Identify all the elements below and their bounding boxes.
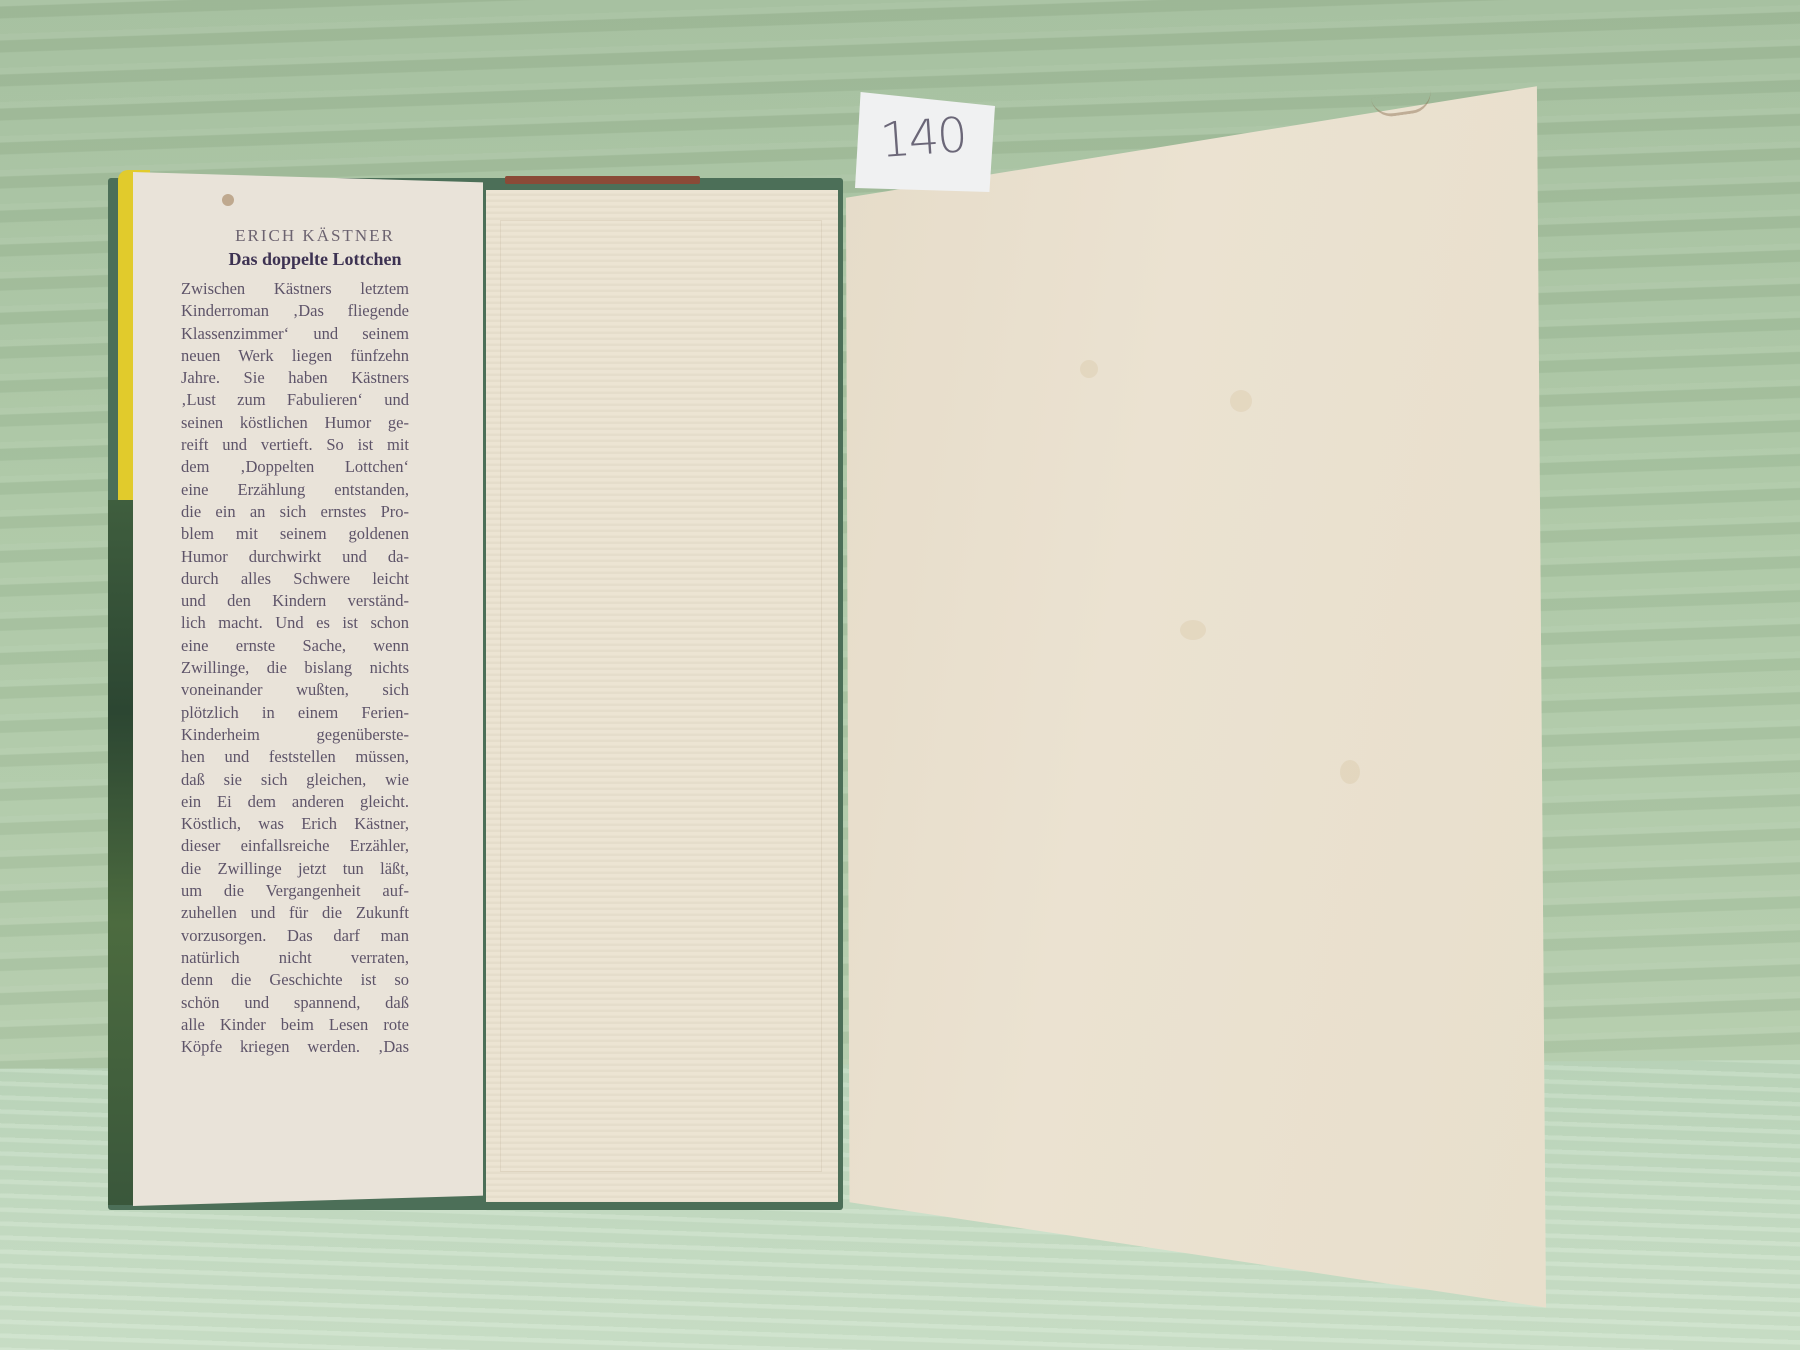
blurb-line: denn die Geschichte ist so — [181, 969, 409, 991]
blurb-line: dieser einfallsreiche Erzähler, — [181, 835, 409, 857]
blurb-line: eine ernste Sache, wenn — [181, 635, 409, 657]
blurb-line: eine Erzählung entstanden, — [181, 479, 409, 501]
blurb-line: reift und vertieft. So ist mit — [181, 434, 409, 456]
blurb-line: die Zwillinge jetzt tun läßt, — [181, 858, 409, 880]
blurb-line: ein Ei dem anderen gleicht. — [181, 791, 409, 813]
blurb-line: Humor durchwirkt und da- — [181, 546, 409, 568]
foxing-spot — [1230, 390, 1252, 412]
blurb-line: hen und feststellen müssen, — [181, 746, 409, 768]
blurb-line: lich macht. Und es ist schon — [181, 612, 409, 634]
blurb-line: zuhellen und für die Zukunft — [181, 902, 409, 924]
blurb-line: Kinderheim gegenüberste- — [181, 724, 409, 746]
blurb-line: die ein an sich ernstes Pro- — [181, 501, 409, 523]
blurb-line: um die Vergangenheit auf- — [181, 880, 409, 902]
foxing-spot — [1080, 360, 1098, 378]
blurb-line: Zwillinge, die bislang nichts — [181, 657, 409, 679]
flap-author: ERICH KÄSTNER — [150, 226, 480, 246]
blurb-line: ‚Lust zum Fabulieren‘ und — [181, 389, 409, 411]
label-number: 140 — [878, 107, 967, 169]
blurb-line: Kinderroman ‚Das fliegende — [181, 300, 409, 322]
foxing-spot — [1340, 760, 1360, 784]
endpaper-frame — [500, 220, 822, 1172]
right-page-blank — [846, 80, 1546, 1320]
blurb-line: Jahre. Sie haben Kästners — [181, 367, 409, 389]
blurb-line: natürlich nicht verraten, — [181, 947, 409, 969]
blurb-line: schön und spannend, daß — [181, 992, 409, 1014]
flap-blurb: Zwischen Kästners letztem Kinderroman ‚D… — [181, 278, 409, 1058]
blurb-line: durch alles Schwere leicht — [181, 568, 409, 590]
blurb-line: vorzusorgen. Das darf man — [181, 925, 409, 947]
flap-stain — [222, 194, 234, 206]
blurb-line: dem ‚Doppelten Lottchen‘ — [181, 456, 409, 478]
blurb-line: plötzlich in einem Ferien- — [181, 702, 409, 724]
blurb-line: und den Kindern verständ- — [181, 590, 409, 612]
blurb-line: neuen Werk liegen fünfzehn — [181, 345, 409, 367]
flap-title: Das doppelte Lottchen — [150, 249, 480, 270]
blurb-line: Zwischen Kästners letztem — [181, 278, 409, 300]
blurb-line: Köpfe kriegen werden. ‚Das — [181, 1036, 409, 1058]
blurb-line: daß sie sich gleichen, wie — [181, 769, 409, 791]
blurb-line: Köstlich, was Erich Kästner, — [181, 813, 409, 835]
blurb-line: blem mit seinem goldenen — [181, 523, 409, 545]
foxing-spot — [1180, 620, 1206, 640]
blurb-line: alle Kinder beim Lesen rote — [181, 1014, 409, 1036]
blurb-line: Klassenzimmer‘ und seinem — [181, 323, 409, 345]
spine-top-edge — [505, 176, 700, 184]
blurb-line: voneinander wußten, sich — [181, 679, 409, 701]
blurb-line: seinen köstlichen Humor ge- — [181, 412, 409, 434]
